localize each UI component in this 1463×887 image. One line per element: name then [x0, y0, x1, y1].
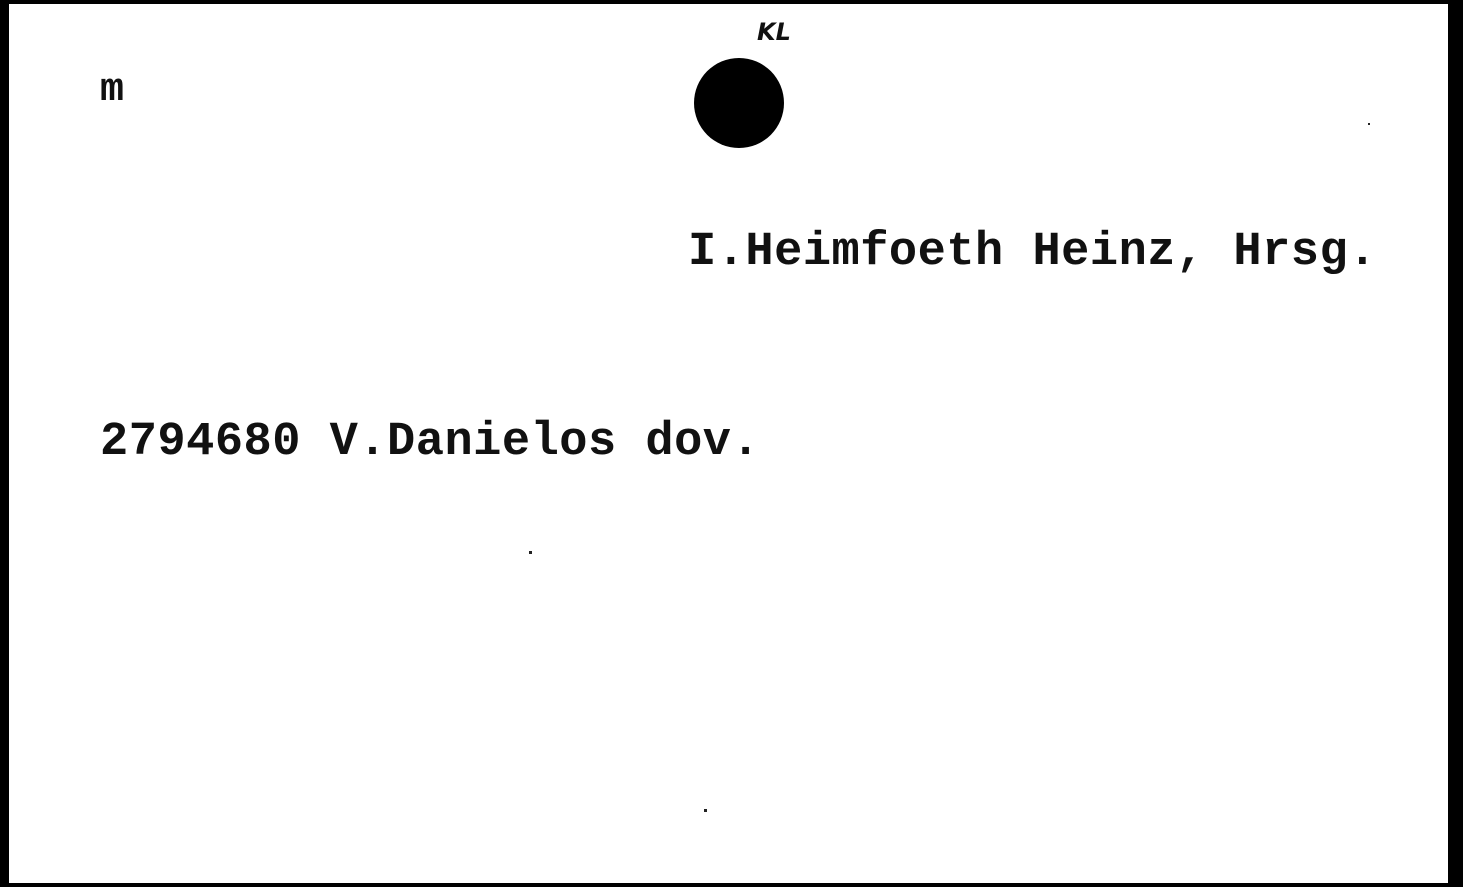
card-heading: I.Heimfoeth Heinz, Hrsg.	[688, 226, 1377, 279]
scan-border-right	[1448, 0, 1463, 887]
card-entry-line: 2794680 V.Danielos dov.	[100, 416, 760, 469]
scan-speck	[529, 551, 532, 554]
scan-speck	[1368, 123, 1370, 125]
scan-speck	[704, 809, 707, 812]
corner-mark: m	[100, 68, 124, 113]
handwritten-mark: KL	[757, 18, 791, 46]
punched-hole-icon	[694, 58, 784, 148]
